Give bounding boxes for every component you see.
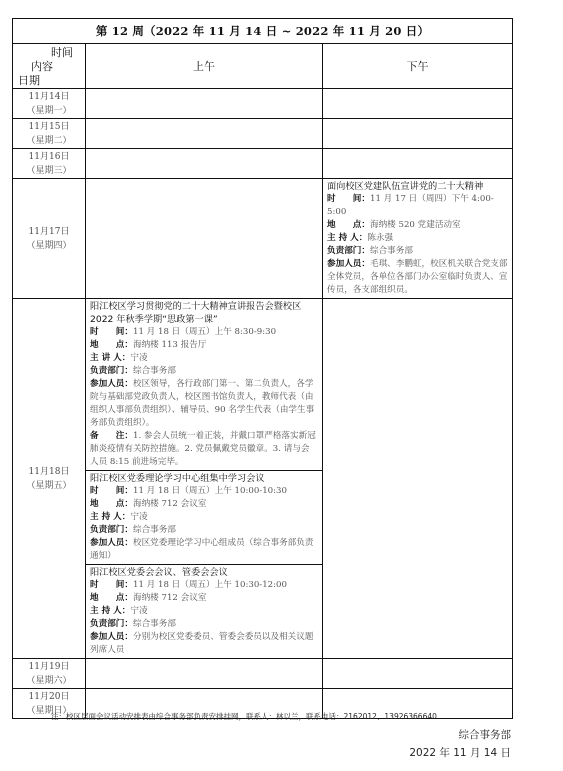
day-date: 11月16日 (13, 150, 85, 164)
place-label: 地 点： (327, 220, 370, 230)
corner-label-date: 日期 (18, 74, 40, 88)
time-value: 11 月 18 日（周五）上午 8:30-9:30 (133, 327, 276, 337)
time-label: 时 间： (90, 486, 133, 496)
day-cell: 11月14日 （星期一） (13, 89, 86, 119)
place-value: 海纳楼 113 报告厅 (133, 340, 206, 350)
morning-cell (86, 659, 323, 689)
day-weekday: （星期一） (13, 104, 85, 118)
dept-value: 综合事务部 (370, 246, 413, 256)
place-value: 海纳楼 520 党建活动室 (370, 220, 461, 230)
event-host: 主 持 人：宁凌 (90, 605, 318, 618)
weekly-schedule-table: 第 12 周（2022 年 11 月 14 日 ~ 2022 年 11 月 20… (12, 18, 513, 719)
dept-value: 综合事务部 (133, 366, 176, 376)
day-weekday: （星期五） (13, 479, 85, 493)
place-value: 海纳楼 712 会议室 (133, 593, 206, 603)
day-cell: 11月16日 （星期三） (13, 149, 86, 179)
event-title: 阳江校区党委会会议、管委会会议 (90, 566, 318, 579)
day-weekday: （星期二） (13, 134, 85, 148)
event-time: 时 间：11 月 17 日（周四）下午 4:00-5:00 (327, 193, 508, 219)
day-row-sat: 11月19日 （星期六） (13, 659, 513, 689)
time-label: 时 间： (90, 327, 133, 337)
day-cell: 11月15日 （星期二） (13, 119, 86, 149)
event-time: 时 间：11 月 18 日（周五）上午 10:30-12:00 (90, 579, 318, 592)
dept-label: 负责部门： (90, 525, 133, 535)
morning-cell (86, 89, 323, 119)
event-attendees: 参加人员：校区党委理论学习中心组成员（综合事务部负责通知） (90, 537, 318, 563)
event-time: 时 间：11 月 18 日（周五）上午 8:30-9:30 (90, 326, 318, 339)
event-time: 时 间：11 月 18 日（周五）上午 10:00-10:30 (90, 485, 318, 498)
host-label: 主 持 人： (327, 233, 367, 243)
day-row-mon: 11月14日 （星期一） (13, 89, 513, 119)
day-cell: 11月17日 （星期四） (13, 179, 86, 299)
event-host: 主 讲 人：宁凌 (90, 352, 318, 365)
corner-label-time: 时间 (51, 46, 73, 60)
dept-value: 综合事务部 (133, 619, 176, 629)
day-row-thu: 11月17日 （星期四） 面向校区党建队伍宣讲党的二十大精神 时 间：11 月 … (13, 179, 513, 299)
afternoon-cell: 面向校区党建队伍宣讲党的二十大精神 时 间：11 月 17 日（周四）下午 4:… (323, 179, 513, 299)
dept-label: 负责部门： (327, 246, 370, 256)
day-cell: 11月19日 （星期六） (13, 659, 86, 689)
morning-cell (86, 149, 323, 179)
event-dept: 负责部门：综合事务部 (90, 618, 318, 631)
day-cell: 11月18日 （星期五） (13, 299, 86, 659)
afternoon-cell (323, 149, 513, 179)
dept-label: 负责部门： (90, 619, 133, 629)
event-host: 主 持 人：陈永强 (327, 232, 508, 245)
event-dept: 负责部门：综合事务部 (90, 365, 318, 378)
day-weekday: （星期六） (13, 674, 85, 688)
header-morning: 上午 (86, 44, 323, 89)
time-value: 11 月 18 日（周五）上午 10:30-12:00 (133, 580, 287, 590)
day-date: 11月20日 (13, 690, 85, 704)
schedule-title: 第 12 周（2022 年 11 月 14 日 ~ 2022 年 11 月 20… (13, 19, 513, 44)
afternoon-cell (323, 119, 513, 149)
attendees-label: 参加人员： (327, 259, 370, 269)
time-label: 时 间： (327, 194, 370, 204)
afternoon-cell (323, 89, 513, 119)
time-value: 11 月 18 日（周五）上午 10:00-10:30 (133, 486, 287, 496)
event-place: 地 点：海纳楼 113 报告厅 (90, 339, 318, 352)
event-note: 备 注：1. 参会人员统一着正装，并戴口罩严格落实新冠肺炎疫情有关防控措施。2.… (90, 430, 318, 469)
schedule-sheet: 第 12 周（2022 年 11 月 14 日 ~ 2022 年 11 月 20… (12, 18, 512, 719)
event-block: 阳江校区党委理论学习中心组集中学习会议 时 间：11 月 18 日（周五）上午 … (86, 470, 322, 564)
day-row-wed: 11月16日 （星期三） (13, 149, 513, 179)
event-title: 面向校区党建队伍宣讲党的二十大精神 (327, 180, 508, 193)
host-value: 宁凌 (130, 512, 147, 522)
event-block: 阳江校区党委会会议、管委会会议 时 间：11 月 18 日（周五）上午 10:3… (86, 564, 322, 658)
place-value: 海纳楼 712 会议室 (133, 499, 206, 509)
speaker-label: 主 讲 人： (90, 353, 130, 363)
host-label: 主 持 人： (90, 606, 130, 616)
dept-value: 综合事务部 (133, 525, 176, 535)
event-attendees: 参加人员：毛琪、李鹏虹，校区机关联合党支部全体党员，各单位各部门办公室临时负责人… (327, 258, 508, 297)
event-attendees: 参加人员：校区领导，各行政部门第一、第二负责人，各学院与基础部党政负责人，校区图… (90, 378, 318, 430)
time-label: 时 间： (90, 580, 133, 590)
day-date: 11月18日 (13, 465, 85, 479)
event-dept: 负责部门：综合事务部 (327, 245, 508, 258)
signature-department: 综合事务部 (459, 727, 512, 742)
morning-cell (86, 119, 323, 149)
event-place: 地 点：海纳楼 712 会议室 (90, 498, 318, 511)
day-date: 11月19日 (13, 660, 85, 674)
dept-label: 负责部门： (90, 366, 133, 376)
place-label: 地 点： (90, 499, 133, 509)
morning-cell: 阳江校区学习贯彻党的二十大精神宣讲报告会暨校区 2022 年秋季学期“思政第一课… (86, 299, 323, 659)
day-row-fri: 11月18日 （星期五） 阳江校区学习贯彻党的二十大精神宣讲报告会暨校区 202… (13, 299, 513, 659)
corner-label-content: 内容 (31, 60, 53, 74)
header-afternoon: 下午 (323, 44, 513, 89)
host-label: 主 持 人： (90, 512, 130, 522)
event-title: 阳江校区学习贯彻党的二十大精神宣讲报告会暨校区 2022 年秋季学期“思政第一课… (90, 300, 318, 326)
event-title: 阳江校区党委理论学习中心组集中学习会议 (90, 472, 318, 485)
header-corner: 时间 内容 日期 (13, 44, 86, 89)
attendees-label: 参加人员： (90, 538, 133, 548)
attendees-label: 参加人员： (90, 379, 133, 389)
host-value: 陈永强 (367, 233, 393, 243)
footnote: 注：校区层面会议活动安排表由综合事务部负责安排挂网，联系人：林以兰，联系电话：2… (51, 711, 437, 722)
note-label: 备 注： (90, 431, 133, 441)
event-host: 主 持 人：宁凌 (90, 511, 318, 524)
event-attendees: 参加人员：分别为校区党委委员、管委会委员以及相关议题列席人员 (90, 631, 318, 657)
day-weekday: （星期四） (13, 239, 85, 253)
event-dept: 负责部门：综合事务部 (90, 524, 318, 537)
event-place: 地 点：海纳楼 520 党建活动室 (327, 219, 508, 232)
event-block: 面向校区党建队伍宣讲党的二十大精神 时 间：11 月 17 日（周四）下午 4:… (323, 179, 512, 298)
day-date: 11月14日 (13, 90, 85, 104)
place-label: 地 点： (90, 340, 133, 350)
speaker-value: 宁凌 (130, 353, 147, 363)
signature-date: 2022 年 11 月 14 日 (409, 745, 511, 760)
place-label: 地 点： (90, 593, 133, 603)
event-place: 地 点：海纳楼 712 会议室 (90, 592, 318, 605)
afternoon-cell (323, 659, 513, 689)
event-block: 阳江校区学习贯彻党的二十大精神宣讲报告会暨校区 2022 年秋季学期“思政第一课… (86, 299, 322, 470)
day-row-tue: 11月15日 （星期二） (13, 119, 513, 149)
day-date: 11月15日 (13, 120, 85, 134)
day-weekday: （星期三） (13, 164, 85, 178)
morning-cell (86, 179, 323, 299)
attendees-label: 参加人员： (90, 632, 133, 642)
day-date: 11月17日 (13, 225, 85, 239)
afternoon-cell (323, 299, 513, 659)
host-value: 宁凌 (130, 606, 147, 616)
